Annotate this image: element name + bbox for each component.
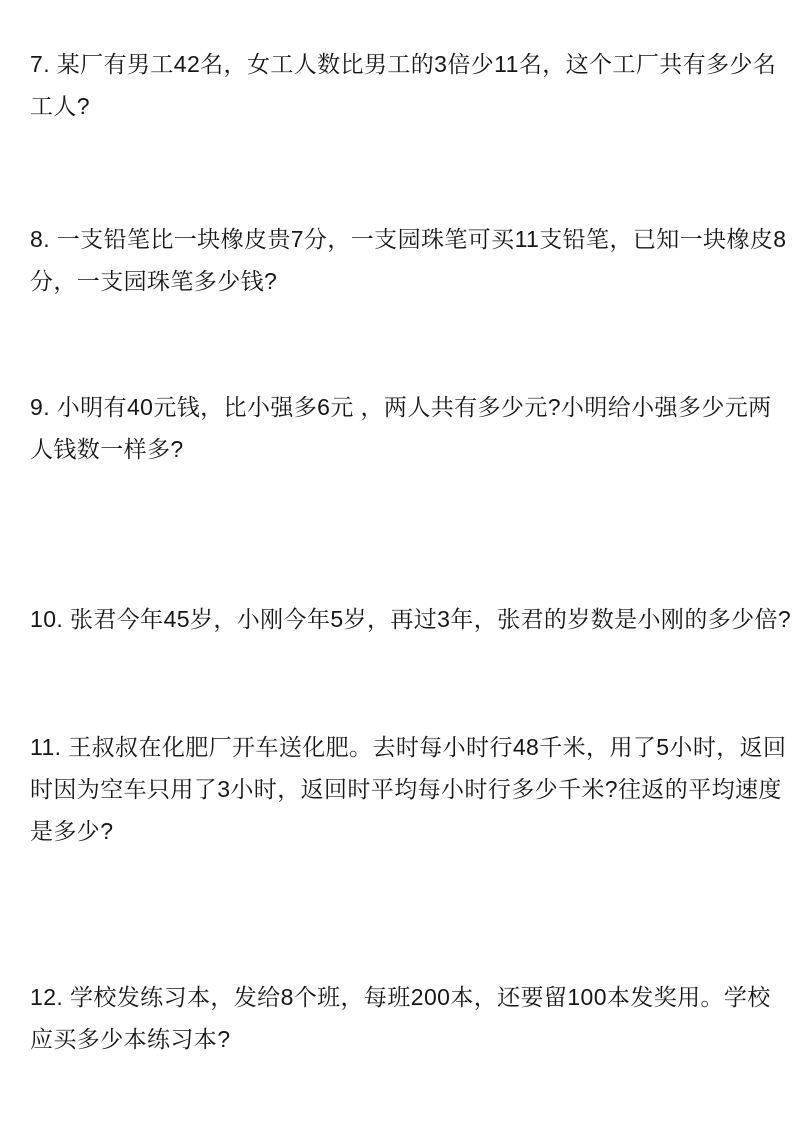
problem-11-line-3: 是多少? <box>30 810 769 852</box>
problem-10-line-1: 10. 张君今年45岁，小刚今年5岁，再过3年，张君的岁数是小刚的多少倍? <box>30 598 769 640</box>
problem-11-line-1: 11. 王叔叔在化肥厂开车送化肥。去时每小时行48千米，用了5小时，返回 <box>30 726 769 768</box>
problem-8-line-1: 8. 一支铅笔比一块橡皮贵7分，一支园珠笔可买11支铅笔，已知一块橡皮8 <box>30 218 769 260</box>
problem-7-line-2: 工人? <box>30 85 769 127</box>
problem-12-line-2: 应买多少本练习本? <box>30 1018 769 1060</box>
problem-9-line-1: 9. 小明有40元钱，比小强多6元 ，两人共有多少元?小明给小强多少元两 <box>30 386 769 428</box>
problem-7-line-1: 7. 某厂有男工42名，女工人数比男工的3倍少11名，这个工厂共有多少名 <box>30 43 769 85</box>
problem-8: 8. 一支铅笔比一块橡皮贵7分，一支园珠笔可买11支铅笔，已知一块橡皮8 分，一… <box>30 218 769 302</box>
problem-8-line-2: 分，一支园珠笔多少钱? <box>30 260 769 302</box>
problem-10: 10. 张君今年45岁，小刚今年5岁，再过3年，张君的岁数是小刚的多少倍? <box>30 598 769 640</box>
problem-11-line-2: 时因为空车只用了3小时，返回时平均每小时行多少千米?往返的平均速度 <box>30 768 769 810</box>
problem-11: 11. 王叔叔在化肥厂开车送化肥。去时每小时行48千米，用了5小时，返回 时因为… <box>30 726 769 852</box>
problem-9-line-2: 人钱数一样多? <box>30 428 769 470</box>
problem-12: 12. 学校发练习本，发给8个班，每班200本，还要留100本发奖用。学校 应买… <box>30 976 769 1060</box>
problem-12-line-1: 12. 学校发练习本，发给8个班，每班200本，还要留100本发奖用。学校 <box>30 976 769 1018</box>
problem-7: 7. 某厂有男工42名，女工人数比男工的3倍少11名，这个工厂共有多少名 工人? <box>30 43 769 127</box>
worksheet-page: 7. 某厂有男工42名，女工人数比男工的3倍少11名，这个工厂共有多少名 工人?… <box>0 0 793 1122</box>
problem-9: 9. 小明有40元钱，比小强多6元 ，两人共有多少元?小明给小强多少元两 人钱数… <box>30 386 769 470</box>
